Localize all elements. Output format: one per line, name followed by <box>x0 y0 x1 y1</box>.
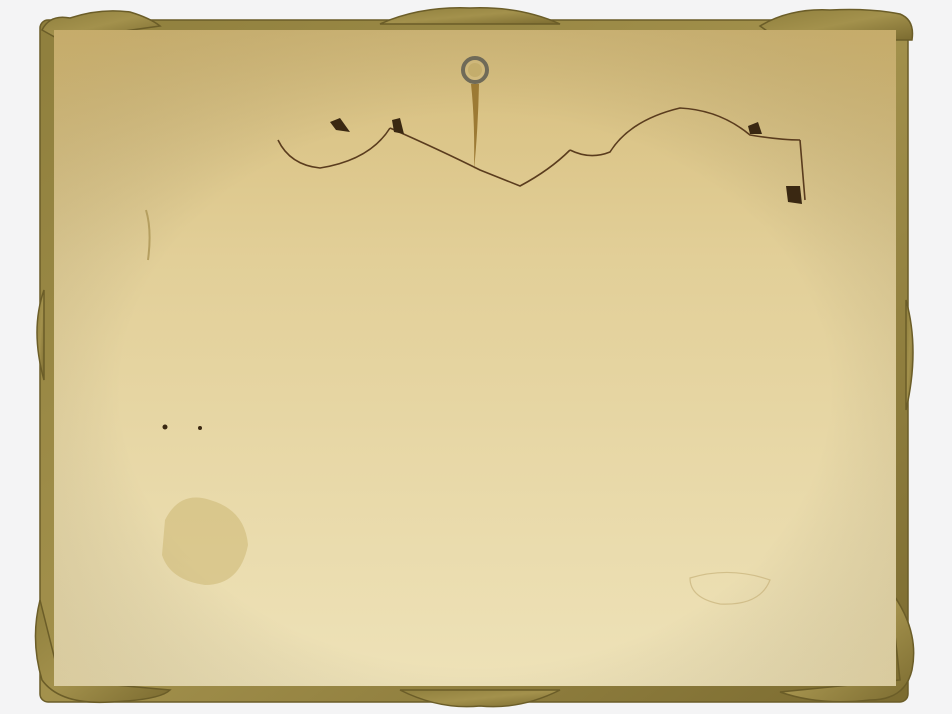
edge-ornament-left-middle <box>37 290 44 380</box>
framed-picture-back <box>0 0 952 714</box>
edge-ornament-right-middle <box>906 300 913 410</box>
edge-ornament-top-center <box>380 8 560 24</box>
edge-ornament-bottom-center <box>400 690 560 707</box>
